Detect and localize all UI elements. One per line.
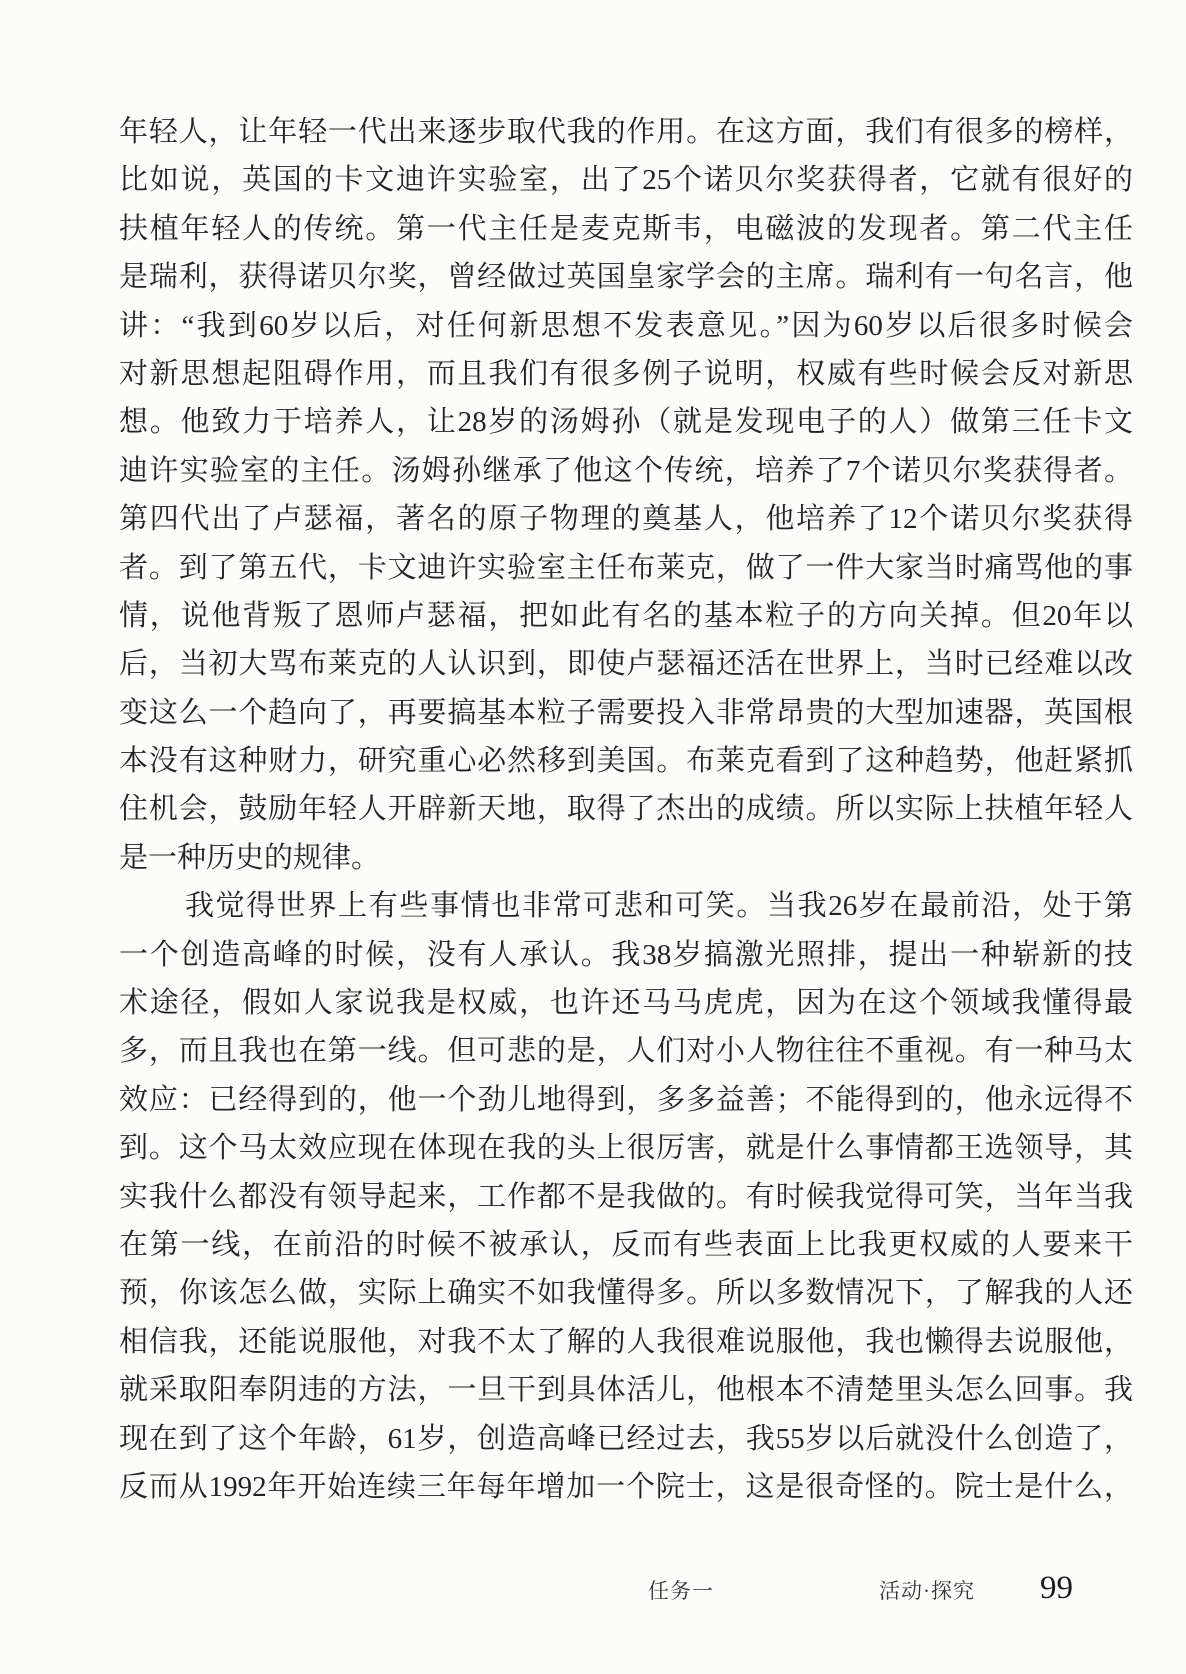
paragraph-2: 我觉得世界上有些事情也非常可悲和可笑。当我26岁在最前沿，处于第一个创造高峰的时… — [119, 882, 1133, 1511]
book-page: 年轻人，让年轻一代出来逐步取代我的作用。在这方面，我们有很多的榜样，比如说，英国… — [0, 0, 1186, 1674]
text-line: 比如说，英国的卡文迪许实验室，出了25个诺贝尔奖获得者，它就有很好的 — [119, 156, 1133, 204]
text-line: 多，而且我也在第一线。但可悲的是，人们对小人物往往不重视。有一种马太 — [119, 1027, 1133, 1075]
body-text: 年轻人，让年轻一代出来逐步取代我的作用。在这方面，我们有很多的榜样，比如说，英国… — [119, 108, 1133, 1511]
text-line: 现在到了这个年龄，61岁，创造高峰已经过去，我55岁以后就没什么创造了， — [119, 1415, 1133, 1463]
text-line: 第四代出了卢瑟福，著名的原子物理的奠基人，他培养了12个诺贝尔奖获得 — [119, 495, 1133, 543]
text-line: 讲：“我到60岁以后，对任何新思想不发表意见。”因为60岁以后很多时候会 — [119, 302, 1133, 350]
footer-page-number: 99 — [1040, 1572, 1073, 1605]
text-line: 实我什么都没有领导起来，工作都不是我做的。有时候我觉得可笑，当年当我 — [119, 1173, 1133, 1221]
text-line: 迪许实验室的主任。汤姆孙继承了他这个传统，培养了7个诺贝尔奖获得者。 — [119, 447, 1133, 495]
text-line: 变这么一个趋向了，再要搞基本粒子需要投入非常昂贵的大型加速器，英国根 — [119, 689, 1133, 737]
text-line: 住机会，鼓励年轻人开辟新天地，取得了杰出的成绩。所以实际上扶植年轻人 — [119, 785, 1133, 833]
text-line: 年轻人，让年轻一代出来逐步取代我的作用。在这方面，我们有很多的榜样， — [119, 108, 1133, 156]
text-line: 我觉得世界上有些事情也非常可悲和可笑。当我26岁在最前沿，处于第 — [119, 882, 1133, 930]
text-line: 情，说他背叛了恩师卢瑟福，把如此有名的基本粒子的方向关掉。但20年以 — [119, 592, 1133, 640]
text-line: 一个创造高峰的时候，没有人承认。我38岁搞激光照排，提出一种崭新的技 — [119, 931, 1133, 979]
text-line: 相信我，还能说服他，对我不太了解的人我很难说服他，我也懒得去说服他， — [119, 1318, 1133, 1366]
text-line: 术途径，假如人家说我是权威，也许还马马虎虎，因为在这个领域我懂得最 — [119, 979, 1133, 1027]
text-line: 扶植年轻人的传统。第一代主任是麦克斯韦，电磁波的发现者。第二代主任 — [119, 205, 1133, 253]
text-line: 就采取阳奉阴违的方法，一旦干到具体活儿，他根本不清楚里头怎么回事。我 — [119, 1366, 1133, 1414]
text-line: 预，你该怎么做，实际上确实不如我懂得多。所以多数情况下，了解我的人还 — [119, 1269, 1133, 1317]
text-line: 是一种历史的规律。 — [119, 834, 1133, 882]
text-line: 后，当初大骂布莱克的人认识到，即使卢瑟福还活在世界上，当时已经难以改 — [119, 640, 1133, 688]
text-line: 者。到了第五代，卡文迪许实验室主任布莱克，做了一件大家当时痛骂他的事 — [119, 544, 1133, 592]
text-line: 想。他致力于培养人，让28岁的汤姆孙（就是发现电子的人）做第三任卡文 — [119, 398, 1133, 446]
text-line: 到。这个马太效应现在体现在我的头上很厉害，就是什么事情都王选领导，其 — [119, 1124, 1133, 1172]
footer-section-label: 任务一 — [648, 1581, 714, 1602]
text-line: 本没有这种财力，研究重心必然移到美国。布莱克看到了这种趋势，他赶紧抓 — [119, 737, 1133, 785]
text-line: 在第一线，在前沿的时候不被承认，反而有些表面上比我更权威的人要来干 — [119, 1221, 1133, 1269]
text-line: 反而从1992年开始连续三年每年增加一个院士，这是很奇怪的。院士是什么， — [119, 1463, 1133, 1511]
footer-unit-label: 活动·探究 — [879, 1581, 975, 1602]
text-line: 对新思想起阻碍作用，而且我们有很多例子说明，权威有些时候会反对新思 — [119, 350, 1133, 398]
text-line: 效应：已经得到的，他一个劲儿地得到，多多益善；不能得到的，他永远得不 — [119, 1076, 1133, 1124]
paragraph-1: 年轻人，让年轻一代出来逐步取代我的作用。在这方面，我们有很多的榜样，比如说，英国… — [119, 108, 1133, 882]
text-line: 是瑞利，获得诺贝尔奖，曾经做过英国皇家学会的主席。瑞利有一句名言，他 — [119, 253, 1133, 301]
